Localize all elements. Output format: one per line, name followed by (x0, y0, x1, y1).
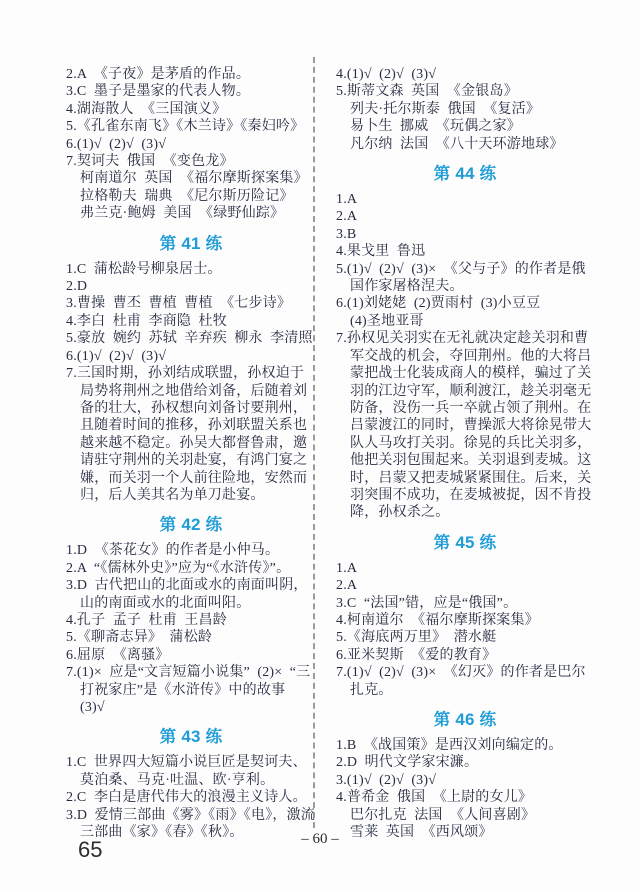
answers-column-left: 2.A 《子夜》是茅盾的作品。3.C 墨子是墨家的代表人物。4.湖海散人 《三国… (66, 66, 316, 841)
answer-item: 3.(1)√ (2)√ (3)√ (336, 772, 594, 789)
section-number: 44 (455, 164, 474, 183)
section-title-46: 第46练 (336, 710, 594, 730)
answer-item: 5.豪放 婉约 苏轼 辛弃疾 柳永 李清照 (66, 330, 316, 347)
answer-item: 2.D 明代文学家宋濂。 (336, 754, 594, 771)
answer-item: 6.(1)√ (2)√ (3)√ (66, 136, 316, 153)
answer-item: 5.(1)√ (2)√ (3)× 《父与子》的作者是俄国作家屠格涅夫。 (336, 261, 594, 296)
answer-item: 6.(1)√ (2)√ (3)√ (66, 348, 316, 365)
section-title-text: 第 (434, 165, 451, 183)
answer-item: 7.孙权见关羽实在无礼就决定趁关羽和曹军交战的机会，夺回荆州。他的大将吕蒙把战士… (336, 330, 594, 521)
section-title-text: 第 (160, 235, 177, 253)
answer-item: 2.A “《儒林外史》”应为“《水浒传》”。 (66, 560, 316, 577)
answer-item: 7.(1)× 应是“文言短篇小说集” (2)× “三打祝家庄”是《水浒传》中的故… (66, 664, 316, 716)
answer-item: 1.D 《茶花女》的作者是小仲马。 (66, 542, 316, 559)
section-title-text: 第 (160, 728, 177, 746)
section-number: 46 (455, 710, 474, 729)
answer-item: 1.C 蒲松龄号柳泉居士。 (66, 261, 316, 278)
section-title-text: 第 (160, 516, 177, 534)
section-title-text: 练 (206, 235, 223, 253)
section-title-text: 练 (480, 165, 497, 183)
section-title-text: 练 (480, 534, 497, 552)
workbook-answer-page: 2.A 《子夜》是茅盾的作品。3.C 墨子是墨家的代表人物。4.湖海散人 《三国… (0, 0, 640, 891)
answer-item: 5.斯蒂文森 英国 《金银岛》列夫·托尔斯泰 俄国 《复活》易卜生 挪威 《玩偶… (336, 83, 594, 153)
answer-item: 3.C “法国”错，应是“俄国”。 (336, 595, 594, 612)
answer-item: 5.《聊斋志异》 蒲松龄 (66, 629, 316, 646)
answer-item: 4.果戈里 鲁迅 (336, 243, 594, 260)
section-title-45: 第45练 (336, 533, 594, 553)
answer-item: 4.(1)√ (2)√ (3)√ (336, 66, 594, 83)
answer-item: 1.C 世界四大短篇小说巨匠是契诃夫、莫泊桑、马克·吐温、欧·亨利。 (66, 754, 316, 789)
section-title-text: 练 (206, 728, 223, 746)
section-number: 41 (181, 234, 200, 253)
answers-column-right: 4.(1)√ (2)√ (3)√5.斯蒂文森 英国 《金银岛》列夫·托尔斯泰 俄… (336, 66, 594, 841)
section-title-41: 第41练 (66, 234, 316, 254)
answer-item: 7.(1)√ (2)√ (3)× 《幻灭》的作者是巴尔扎克。 (336, 664, 594, 699)
section-title-42: 第42练 (66, 515, 316, 535)
answer-item: 3.B (336, 226, 594, 243)
section-title-44: 第44练 (336, 164, 594, 184)
section-title-text: 练 (480, 711, 497, 729)
answer-item: 4.孔子 孟子 杜甫 王昌龄 (66, 612, 316, 629)
answer-item: 4.湖海散人 《三国演义》 (66, 101, 316, 118)
answer-item: 6.(1)刘姥姥 (2)贾雨村 (3)小豆豆(4)圣地亚哥 (336, 295, 594, 330)
section-number: 43 (181, 727, 200, 746)
answer-item: 7.契诃夫 俄国 《变色龙》柯南道尔 英国 《福尔摩斯探案集》拉格勒夫 瑞典 《… (66, 153, 316, 223)
answer-item: 1.B 《战国策》是西汉刘向编定的。 (336, 737, 594, 754)
answer-item: 2.A (336, 577, 594, 594)
answer-item: 3.C 墨子是墨家的代表人物。 (66, 83, 316, 100)
answer-item: 4.柯南道尔 《福尔摩斯探案集》 (336, 612, 594, 629)
answer-item: 3.曹操 曹丕 曹植 曹植 《七步诗》 (66, 295, 316, 312)
answer-item: 3.D 古代把山的北面或水的南面叫阴，山的南面或水的北面叫阳。 (66, 577, 316, 612)
answer-item: 1.A (336, 191, 594, 208)
section-title-43: 第43练 (66, 727, 316, 747)
section-title-text: 练 (206, 516, 223, 534)
answer-item: 6.屈原 《离骚》 (66, 647, 316, 664)
answer-item: 2.A 《子夜》是茅盾的作品。 (66, 66, 316, 83)
answer-item: 6.亚米契斯 《爱的教育》 (336, 647, 594, 664)
answer-item: 4.李白 杜甫 李商隐 杜牧 (66, 313, 316, 330)
answer-item: 2.C 李白是唐代伟大的浪漫主义诗人。 (66, 789, 316, 806)
answer-item: 2.A (336, 208, 594, 225)
answer-item: 5.《海底两万里》 潜水艇 (336, 629, 594, 646)
section-number: 45 (455, 533, 474, 552)
answer-item: 7.三国时期，孙刘结成联盟，孙权迫于局势将荆州之地借给刘备，后随着刘备的壮大，孙… (66, 365, 316, 504)
page-number-center: – 60 – (0, 831, 640, 848)
section-title-text: 第 (434, 711, 451, 729)
section-title-text: 第 (434, 534, 451, 552)
answer-item: 5.《孔雀东南飞》《木兰诗》《秦妇吟》 (66, 118, 316, 135)
section-number: 42 (181, 515, 200, 534)
answer-item: 2.D (66, 278, 316, 295)
answer-item: 1.A (336, 560, 594, 577)
